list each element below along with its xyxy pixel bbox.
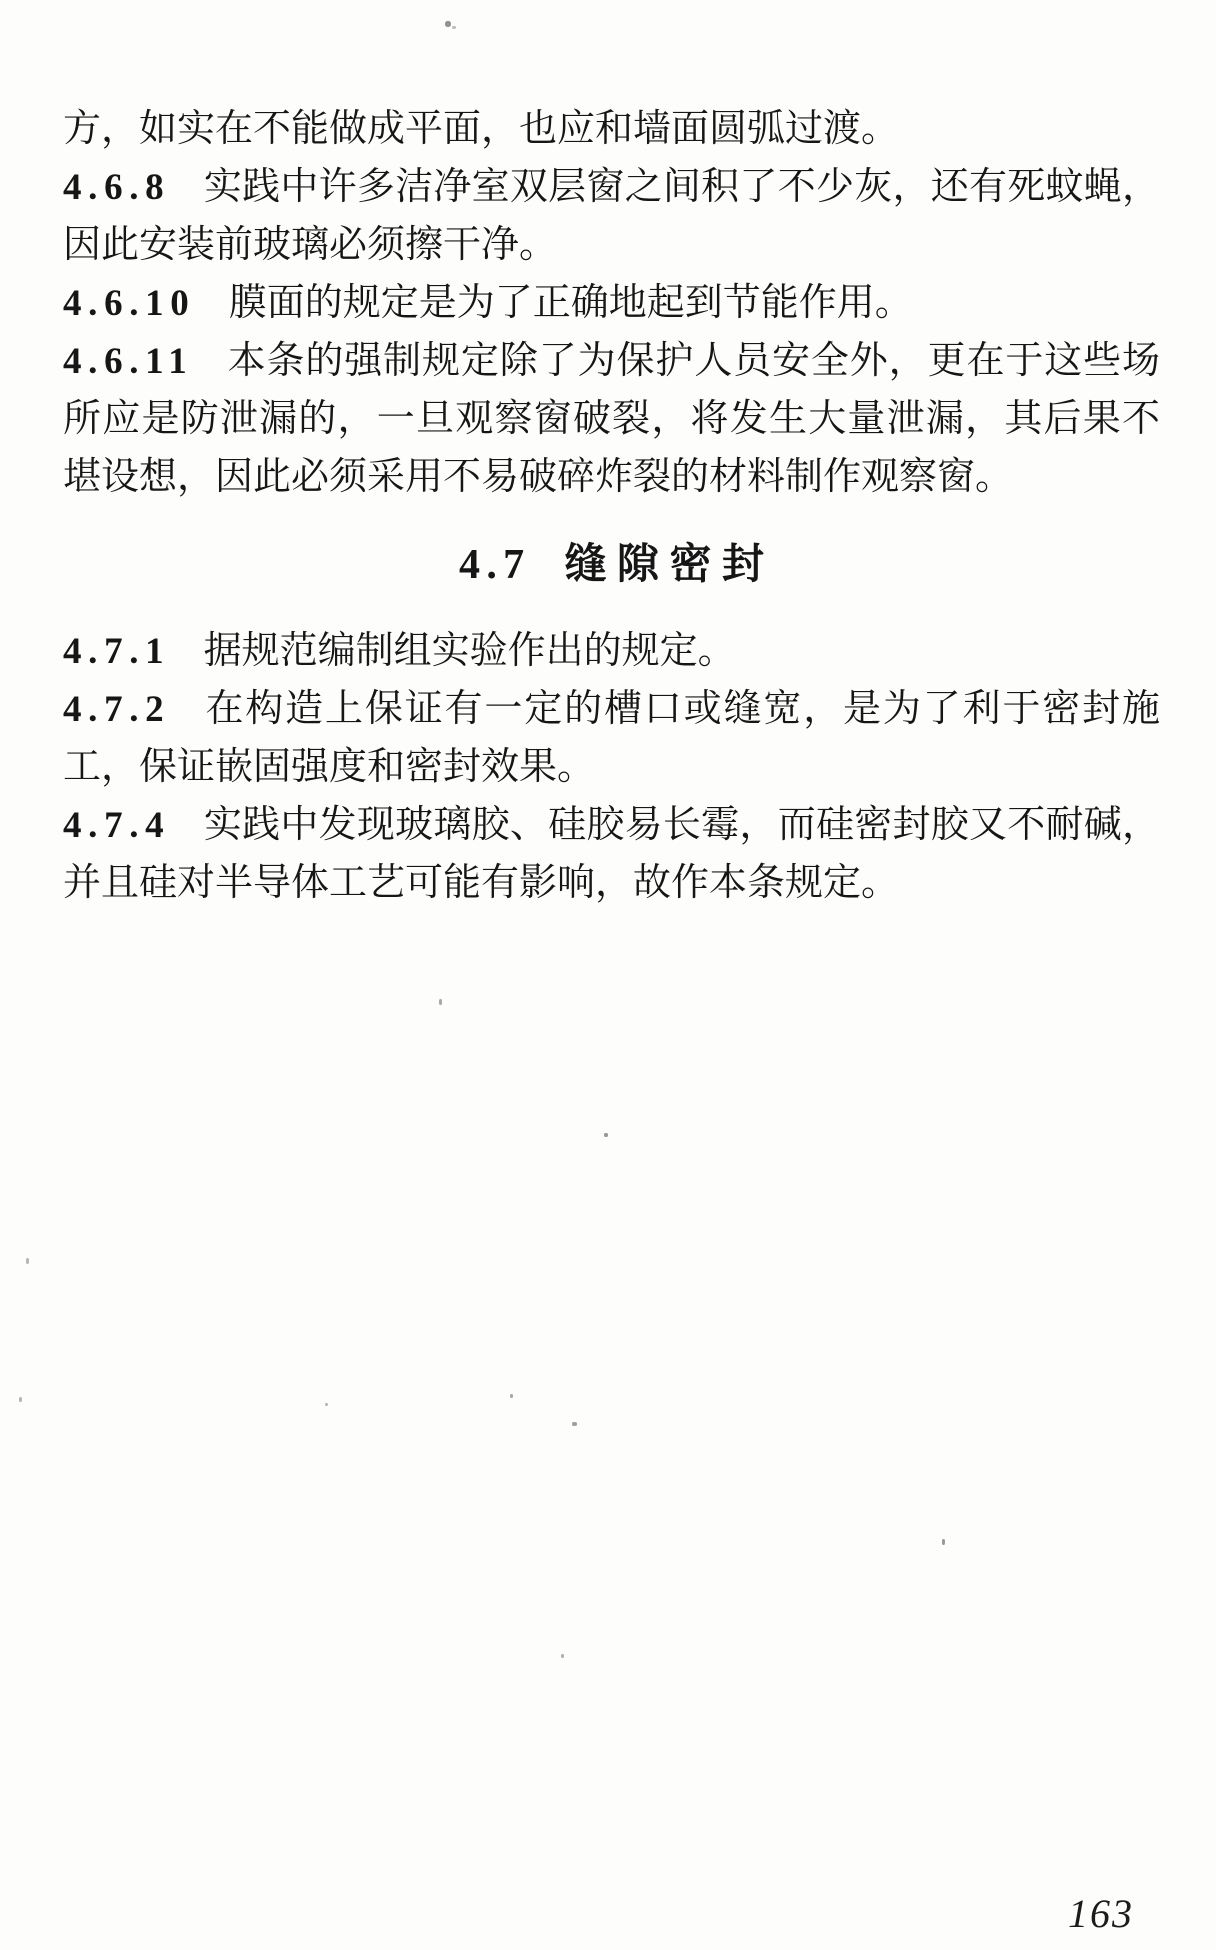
clause-number: 4.6.8 [63,167,170,208]
page-number: 163 [1068,1890,1134,1937]
clause-text: 本条的强制规定除了为保护人员安全外，更在于这些场 [227,340,1160,382]
text-line: 堪设想，因此必须采用不易破碎炸裂的材料制作观察窗。 [63,448,1160,506]
clause-number: 4.6.11 [63,341,193,382]
clause-text: 因此安装前玻璃必须擦干净。 [63,224,557,266]
scan-artifact [439,999,442,1005]
scan-artifact [26,1258,29,1264]
clause-text: 堪设想，因此必须采用不易破碎炸裂的材料制作观察窗。 [63,456,1013,498]
scan-artifact [561,1654,564,1658]
clause-text: 方，如实在不能做成平面，也应和墙面圆弧过渡。 [63,108,899,150]
clause-number: 4.7.4 [63,805,170,846]
clause-text: 实践中许多洁净室双层窗之间积了不少灰，还有死蚊蝇， [204,166,1160,208]
section-title: 缝 隙 密 封 [564,542,764,588]
scan-artifact [452,26,456,29]
section-number: 4.7 [459,542,530,588]
clause-text: 并且硅对半导体工艺可能有影响，故作本条规定。 [63,862,899,904]
text-block: 方，如实在不能做成平面，也应和墙面圆弧过渡。 4.6.8实践中许多洁净室双层窗之… [63,100,1160,912]
clause-text: 所应是防泄漏的，一旦观察窗破裂，将发生大量泄漏，其后果不 [63,398,1160,440]
text-line: 4.6.11本条的强制规定除了为保护人员安全外，更在于这些场 [63,332,1160,390]
text-line: 并且硅对半导体工艺可能有影响，故作本条规定。 [63,854,1160,912]
clause-text: 在构造上保证有一定的槽口或缝宽，是为了利于密封施 [204,688,1160,730]
text-line: 工，保证嵌固强度和密封效果。 [63,738,1160,796]
text-line: 方，如实在不能做成平面，也应和墙面圆弧过渡。 [63,100,1160,158]
scan-artifact [19,1397,22,1402]
clause-text: 膜面的规定是为了正确地起到节能作用。 [229,282,913,324]
text-line: 4.7.1据规范编制组实验作出的规定。 [63,622,1160,680]
text-line: 4.7.2在构造上保证有一定的槽口或缝宽，是为了利于密封施 [63,680,1160,738]
scan-artifact [942,1539,945,1545]
clause-number: 4.7.2 [63,689,170,730]
scan-artifact [510,1394,513,1398]
document-page: 方，如实在不能做成平面，也应和墙面圆弧过渡。 4.6.8实践中许多洁净室双层窗之… [0,0,1216,1950]
scan-artifact [572,1422,577,1426]
scan-artifact [325,1403,328,1406]
clause-number: 4.7.1 [63,631,170,672]
section-heading: 4.7缝 隙 密 封 [63,536,1160,594]
clause-text: 实践中发现玻璃胶、硅胶易长霉，而硅密封胶又不耐碱， [204,804,1160,846]
clause-text: 据规范编制组实验作出的规定。 [204,630,736,672]
clause-text: 工，保证嵌固强度和密封效果。 [63,746,595,788]
text-line: 因此安装前玻璃必须擦干净。 [63,216,1160,274]
text-line: 所应是防泄漏的，一旦观察窗破裂，将发生大量泄漏，其后果不 [63,390,1160,448]
text-line: 4.6.8实践中许多洁净室双层窗之间积了不少灰，还有死蚊蝇， [63,158,1160,216]
clause-number: 4.6.10 [63,283,195,324]
text-line: 4.7.4实践中发现玻璃胶、硅胶易长霉，而硅密封胶又不耐碱， [63,796,1160,854]
scan-artifact [604,1133,608,1137]
scan-artifact [445,21,451,27]
text-line: 4.6.10膜面的规定是为了正确地起到节能作用。 [63,274,1160,332]
